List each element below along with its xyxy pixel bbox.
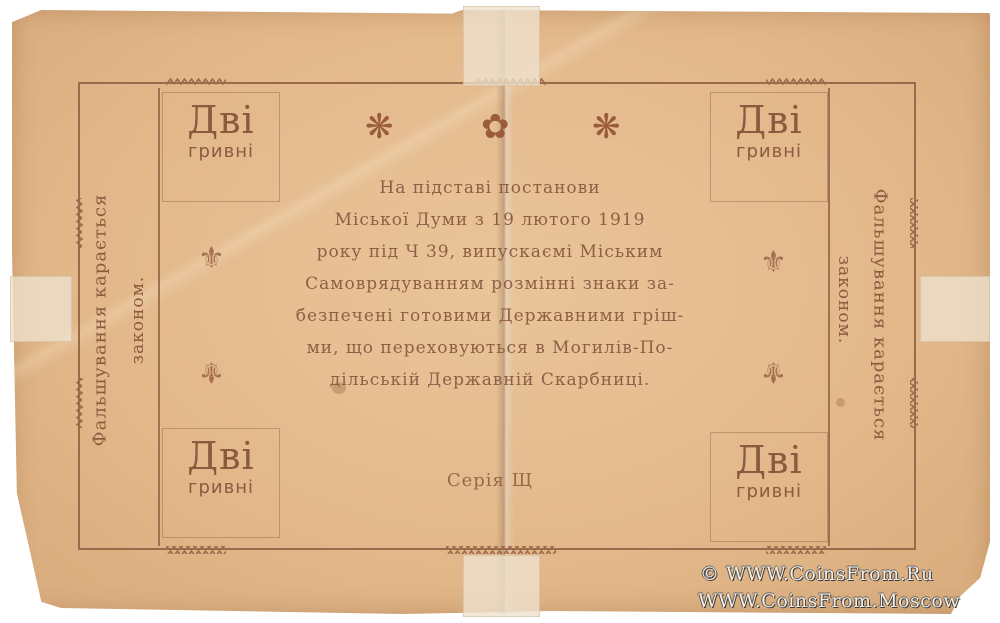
ornament-square-icon: ❋ — [365, 110, 394, 144]
decree-line: Міської Думи з 19 лютого 1919 — [255, 204, 725, 236]
denomination-box-bottom-left: Дві гривні — [162, 428, 280, 538]
leaf-ornament-icon: ⚜ — [198, 244, 225, 274]
inner-left-rule — [158, 88, 160, 546]
ornament-square-icon: ❋ — [592, 110, 621, 144]
leaf-ornament-icon: ⚜ — [760, 248, 787, 278]
currency-word: гривні — [163, 477, 279, 499]
decree-line: ми, що переховуються в Могилів-По- — [255, 332, 725, 364]
currency-word: гривні — [711, 481, 827, 503]
currency-word: гривні — [163, 141, 279, 163]
denomination-word: Дві — [163, 99, 279, 141]
decree-line: безпечені готовими Державними гріш- — [255, 300, 725, 332]
denomination-word: Дві — [711, 99, 827, 141]
leaf-ornament-icon: ⚜ — [198, 356, 225, 386]
denomination-box-top-right: Дві гривні — [710, 92, 828, 202]
ornament-flower-icon: ✿ — [481, 110, 510, 144]
denomination-box-bottom-right: Дві гривні — [710, 432, 828, 542]
decree-line: На підставі постанови — [255, 172, 725, 204]
tape-bottom — [463, 555, 540, 617]
currency-word: гривні — [711, 141, 827, 163]
tape-left — [10, 276, 72, 342]
decree-line: року під Ч 39, випускаємі Міським — [255, 236, 725, 268]
counterfeit-warning-right: Фальшування карається — [870, 189, 891, 442]
counterfeit-warning-left-law: законом. — [128, 276, 148, 364]
watermark-line-1: © WWW.CoinsFrom.Ru — [700, 563, 934, 585]
tape-right — [920, 276, 990, 342]
decree-line: дільській Державній Скарбниці. — [255, 364, 725, 396]
decree-line: Самоврядуванням розмінні знаки за- — [255, 268, 725, 300]
series-label: Серія Щ — [410, 470, 570, 491]
denomination-word: Дві — [711, 439, 827, 481]
leaf-ornament-icon: ⚜ — [760, 356, 787, 386]
tape-top — [463, 6, 540, 86]
counterfeit-warning-right-law: законом. — [834, 256, 854, 344]
counterfeit-warning-left: Фальшування карається — [90, 194, 111, 447]
denomination-word: Дві — [163, 435, 279, 477]
watermark-line-2: WWW.CoinsFrom.Moscow — [698, 590, 960, 612]
decree-text: На підставі постанови Міської Думи з 19 … — [255, 172, 725, 396]
inner-right-rule — [828, 88, 830, 546]
